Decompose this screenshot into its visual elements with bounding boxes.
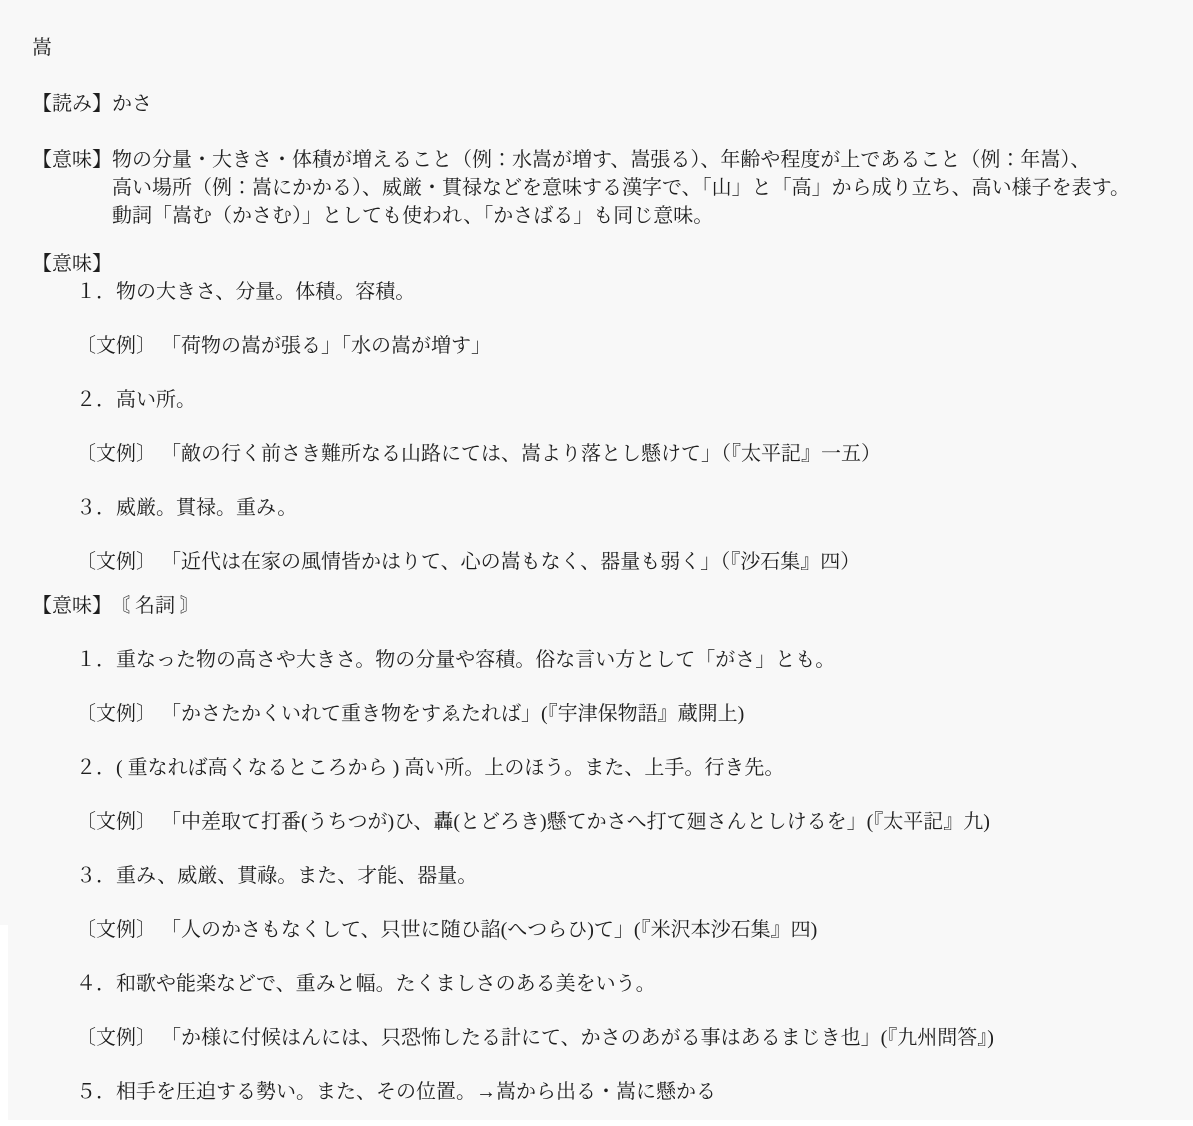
section-1-label: 【意味】 (32, 253, 112, 275)
section-2-definition-5: ５．相手を圧迫する勢い。また、その位置。→嵩から出る・嵩に懸かる (32, 1078, 1153, 1106)
section-1-example-3: 〔文例〕 「近代は在家の風情皆かはりて、心の嵩もなく、器量も弱く」（『沙石集』四… (32, 548, 1153, 576)
reading-label: 【読み】 (32, 93, 112, 115)
section-2-example-1: 〔文例〕 「かさたかくいれて重き物をすゑたれば」(『宇津保物語』蔵開上) (32, 700, 1153, 728)
section-2-example-2: 〔文例〕 「中差取て打番(うちつが)ひ、轟(とどろき)懸てかさへ打て廻さんとしけ… (32, 808, 1153, 836)
section-1-header: 【意味】 (32, 250, 1153, 278)
section-2-label: 【意味】 (32, 595, 112, 617)
section-2-part-of-speech: 〘 名詞 〙 (120, 595, 200, 617)
section-2-definition-4: ４．和歌や能楽などで、重みと幅。たくましさのある美をいう。 (32, 970, 1153, 998)
overview-block: 【意味】 物の分量・大きさ・体積が増えること（例：水嵩が増す、嵩張る）、年齢や程… (32, 146, 1153, 230)
overview-line-2: 高い場所（例：嵩にかかる）、威厳・貫禄などを意味する漢字で、「山」と「高」から成… (112, 174, 1130, 202)
section-1-example-1: 〔文例〕 「荷物の嵩が張る」「水の嵩が増す」 (32, 332, 1153, 360)
section-2-example-3: 〔文例〕 「人のかさもなくして、只世に随ひ諂(へつらひ)て」(『米沢本沙石集』四… (32, 916, 1153, 944)
overview-text: 物の分量・大きさ・体積が増えること（例：水嵩が増す、嵩張る）、年齢や程度が上であ… (112, 146, 1130, 230)
section-1-definition-3: ３．威厳。貫禄。重み。 (32, 494, 1153, 522)
section-1-example-2: 〔文例〕 「敵の行く前さき難所なる山路にては、嵩より落とし懸けて」（『太平記』一… (32, 440, 1153, 468)
section-1-definition-1: １．物の大きさ、分量。体積。容積。 (32, 278, 1153, 306)
section-2-definition-2: ２．( 重なれば高くなるところから ) 高い所。上のほう。また、上手。行き先。 (32, 754, 1153, 782)
section-2-definition-3: ３．重み、威厳、貫祿。また、才能、器量。 (32, 862, 1153, 890)
overview-line-3: 動詞「嵩む（かさむ）」としても使われ、「かさばる」も同じ意味。 (112, 202, 1130, 230)
section-2-header: 【意味】〘 名詞 〙 (32, 592, 1153, 620)
reading-value: かさ (112, 93, 152, 115)
section-1-definition-2: ２．高い所。 (32, 386, 1153, 414)
dictionary-entry-page: 嵩 【読み】かさ 【意味】 物の分量・大きさ・体積が増えること（例：水嵩が増す、… (0, 0, 1193, 1126)
overview-line-1: 物の分量・大きさ・体積が増えること（例：水嵩が増す、嵩張る）、年齢や程度が上であ… (112, 146, 1130, 174)
section-2-definition-1: １．重なった物の高さや大きさ。物の分量や容積。俗な言い方として「がさ」とも。 (32, 646, 1153, 674)
overview-label: 【意味】 (32, 146, 112, 174)
reading-line: 【読み】かさ (32, 90, 1153, 118)
section-2-example-4: 〔文例〕 「か様に付候はんには、只恐怖したる計にて、かさのあがる事はあるまじき也… (32, 1024, 1153, 1052)
entry-kanji: 嵩 (32, 34, 1153, 62)
